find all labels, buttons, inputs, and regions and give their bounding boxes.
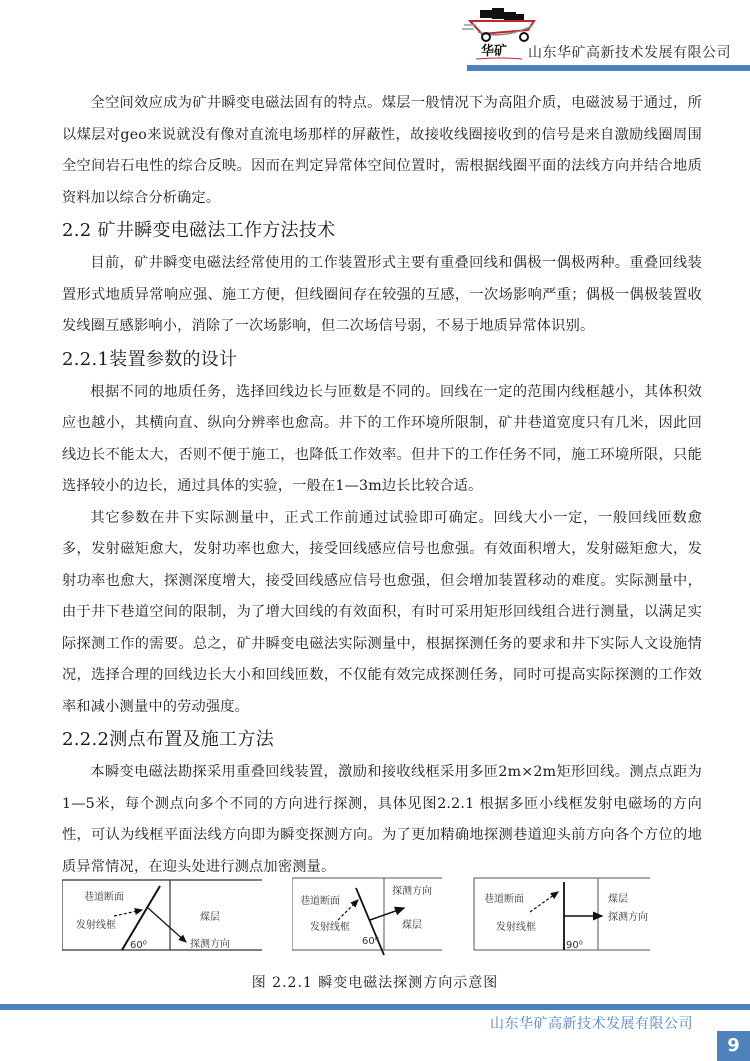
svg-text:探测方向: 探测方向 (392, 884, 432, 897)
page-number: 9 (717, 1031, 750, 1061)
section-2-2-2-paragraph: 本瞬变电磁法勘探采用重叠回线装置，激励和接收线框采用多匝2m×2m矩形回线。测点… (62, 757, 702, 883)
section-2-2-1-paragraph-2: 其它参数在井下实际测量中，正式工作前通过试验即可确定。回线大小一定，一般回线匝数… (62, 503, 702, 724)
footer-divider (0, 1004, 750, 1010)
section-2-2-1-paragraph-1: 根据不同的地质任务，选择回线边长与匝数是不同的。回线在一定的范围内线框越小，其体… (62, 377, 702, 503)
intro-paragraph: 全空间效应成为矿井瞬变电磁法固有的特点。煤层一般情况下为高阻介质，电磁波易于通过… (62, 88, 702, 214)
footer-company-name: 山东华矿高新技术发展有限公司 (490, 1013, 693, 1033)
page-header: 华矿 山东华矿高新技术发展有限公司 (0, 0, 750, 72)
svg-text:发射线框: 发射线框 (310, 920, 350, 933)
svg-text:90⁰: 90⁰ (566, 940, 583, 951)
svg-text:煤层: 煤层 (200, 910, 220, 923)
svg-text:巷道断面: 巷道断面 (300, 894, 340, 907)
svg-text:发射线框: 发射线框 (496, 920, 536, 933)
section-heading-2-2-1: 2.2.1装置参数的设计 (62, 343, 702, 377)
figure-caption: 图 2.2.1 瞬变电磁法探测方向示意图 (0, 972, 750, 992)
svg-text:发射线框: 发射线框 (76, 918, 116, 931)
section-2-2-paragraph: 目前，矿井瞬变电磁法经常使用的工作装置形式主要有重叠回线和偶极一偶极两种。重叠回… (62, 248, 702, 343)
header-company-name: 山东华矿高新技术发展有限公司 (528, 42, 731, 62)
svg-text:探测方向: 探测方向 (190, 937, 230, 950)
svg-text:60⁰: 60⁰ (130, 940, 147, 951)
section-heading-2-2-2: 2.2.2测点布置及施工方法 (62, 723, 702, 757)
svg-text:煤层: 煤层 (608, 892, 628, 905)
document-body: 全空间效应成为矿井瞬变电磁法固有的特点。煤层一般情况下为高阻介质，电磁波易于通过… (62, 88, 702, 883)
diagram-60-forward: 巷道断面 发射线框 煤层 探测方向 60⁰ (62, 870, 267, 960)
svg-text:60⁰: 60⁰ (362, 936, 379, 947)
svg-text:探测方向: 探测方向 (608, 910, 648, 923)
svg-text:巷道断面: 巷道断面 (84, 890, 124, 903)
diagram-60-backward: 巷道断面 发射线框 煤层 探测方向 60⁰ (292, 870, 482, 960)
svg-text:华矿: 华矿 (481, 43, 507, 59)
svg-text:煤层: 煤层 (402, 918, 422, 931)
diagram-90-straight: 巷道断面 发射线框 煤层 探测方向 90⁰ (472, 870, 672, 960)
svg-text:巷道断面: 巷道断面 (484, 892, 524, 905)
section-heading-2-2: 2.2 矿井瞬变电磁法工作方法技术 (62, 214, 702, 248)
header-divider (467, 65, 750, 71)
figure-detection-direction: 巷道断面 发射线框 煤层 探测方向 60⁰ 巷道断面 发射线框 煤层 探测方向 … (62, 870, 702, 965)
